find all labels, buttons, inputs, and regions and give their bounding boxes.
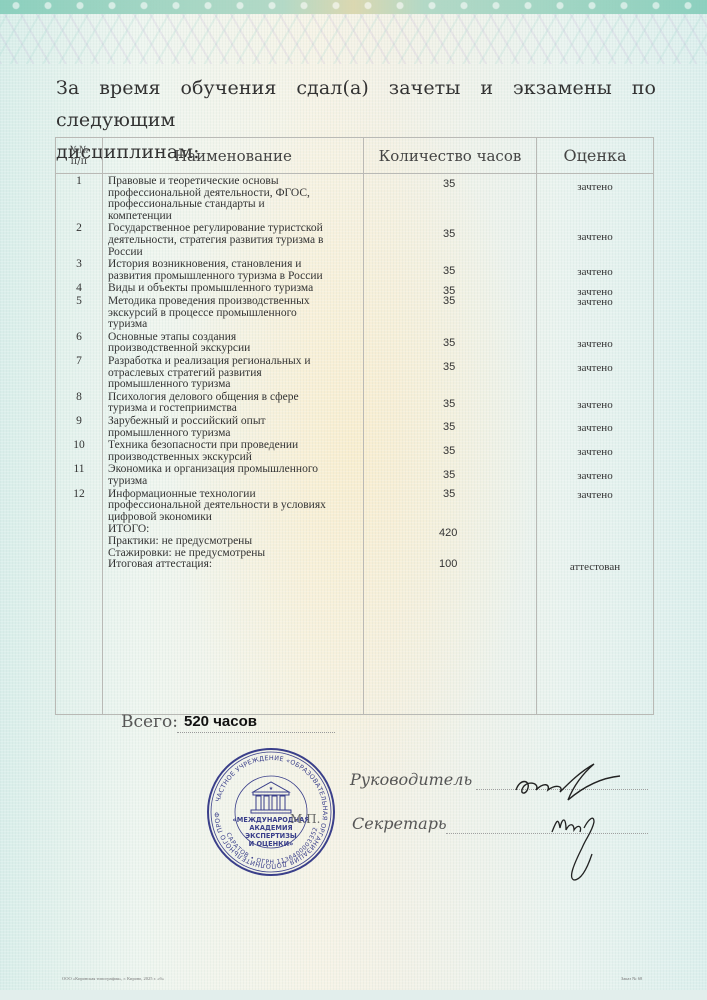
summary-final-attestation-label: Итоговая аттестация:	[103, 559, 363, 571]
row-grade: зачтено	[537, 363, 653, 375]
row-discipline-name: Психология делового общения в сферетуриз…	[103, 392, 363, 415]
row-grade: зачтено	[537, 490, 653, 502]
guilloche-pattern	[0, 14, 707, 64]
row-hours: 35	[364, 229, 536, 241]
row-hours: 35	[364, 470, 536, 482]
summary-final-attestation-hours: 100	[364, 559, 536, 571]
row-number: 8	[56, 392, 102, 404]
discipline-name-line: Правовые и теоретические основы	[108, 176, 361, 188]
row-discipline-name: Методика проведения производственныхэкск…	[103, 296, 363, 331]
column-grade: зачтенозачтенозачтенозачтенозачтенозачте…	[537, 174, 654, 715]
row-hours: 35	[364, 179, 536, 191]
row-discipline-name: История возникновения, становления иразв…	[103, 259, 363, 282]
discipline-name-line: Зарубежный и российский опыт	[108, 416, 361, 428]
bottom-band	[0, 990, 707, 1000]
row-hours: 35	[364, 446, 536, 458]
row-discipline-name: Основные этапы созданияпроизводственной …	[103, 332, 363, 355]
svg-text:АКАДЕМИЯ: АКАДЕМИЯ	[249, 824, 292, 832]
discipline-name-line: России	[108, 247, 361, 259]
row-discipline-name: Информационные технологиипрофессионально…	[103, 489, 363, 524]
row-grade: зачтено	[537, 339, 653, 351]
heading-line-1: За время обучения сдал(а) зачеты и экзам…	[56, 72, 656, 136]
discipline-name-line: туризма и гостеприимства	[108, 403, 361, 415]
decorative-top-border	[0, 0, 707, 14]
order-number: Заказ № 68	[621, 976, 642, 981]
row-number: 10	[56, 440, 102, 452]
header-number: №№ п/п	[56, 138, 103, 174]
row-grade: зачтено	[537, 400, 653, 412]
row-hours: 35	[364, 338, 536, 350]
summary-total-hours: 420	[364, 528, 536, 540]
total-underline	[177, 732, 335, 733]
row-grade: зачтено	[537, 182, 653, 194]
row-hours: 35	[364, 362, 536, 374]
svg-text:ЭКСПЕРТИЗЫ: ЭКСПЕРТИЗЫ	[245, 832, 297, 840]
row-number: 7	[56, 356, 102, 368]
column-number: 123456789101112	[56, 174, 103, 715]
row-grade: зачтено	[537, 447, 653, 459]
mp-label: М.П.	[290, 812, 320, 826]
summary-final-attestation-grade: аттестован	[537, 562, 653, 574]
row-discipline-name: Техника безопасности при проведениипроиз…	[103, 440, 363, 463]
discipline-name-line: промышленного туризма	[108, 428, 361, 440]
row-number: 1	[56, 176, 102, 188]
row-discipline-name: Правовые и теоретические основыпрофессио…	[103, 176, 363, 222]
row-grade: зачтено	[537, 267, 653, 279]
row-hours: 35	[364, 422, 536, 434]
discipline-name-line: Виды и объекты промышленного туризма	[108, 283, 361, 295]
row-discipline-name: Разработка и реализация региональных иот…	[103, 356, 363, 391]
table-header-row: №№ п/п Наименование Количество часов Оце…	[56, 138, 654, 174]
row-grade: зачтено	[537, 297, 653, 309]
discipline-name-line: Методика проведения производственных	[108, 296, 361, 308]
header-grade: Оценка	[537, 138, 654, 174]
row-hours: 35	[364, 489, 536, 501]
header-name: Наименование	[103, 138, 364, 174]
row-hours: 35	[364, 266, 536, 278]
row-number: 4	[56, 283, 102, 295]
director-signature-icon	[510, 758, 630, 808]
discipline-name-line: туризма	[108, 319, 361, 331]
total-value: 520 часов	[184, 713, 257, 730]
discipline-name-line: деятельности, стратегия развития туризма…	[108, 235, 361, 247]
discipline-name-line: цифровой экономики	[108, 512, 361, 524]
header-number-line1: №№	[56, 145, 102, 156]
column-hours: 353535353535353535353535420100	[364, 174, 537, 715]
svg-text:ЧАСТНОЕ УЧРЕЖДЕНИЕ «ОБРАЗОВАТЕ: ЧАСТНОЕ УЧРЕЖДЕНИЕ «ОБРАЗОВАТЕЛЬНАЯ ОРГА…	[205, 746, 329, 870]
row-discipline-name: Виды и объекты промышленного туризма	[103, 283, 363, 295]
header-number-line2: п/п	[56, 156, 102, 167]
disciplines-table: №№ п/п Наименование Количество часов Оце…	[55, 137, 654, 715]
row-number: 5	[56, 296, 102, 308]
row-grade: зачтено	[537, 232, 653, 244]
row-discipline-name: Экономика и организация промышленноготур…	[103, 464, 363, 487]
discipline-name-line: развития промышленного туризма в России	[108, 271, 361, 283]
row-number: 9	[56, 416, 102, 428]
discipline-name-line: компетенции	[108, 211, 361, 223]
secretary-signature-icon	[548, 808, 618, 888]
summary-practice: Практики: не предусмотрены	[103, 536, 363, 548]
discipline-name-line: промышленного туризма	[108, 379, 361, 391]
secretary-label: Секретарь	[352, 814, 447, 833]
director-label: Руководитель	[350, 770, 472, 789]
svg-text:И ОЦЕНКИ»: И ОЦЕНКИ»	[249, 840, 294, 848]
header-hours: Количество часов	[364, 138, 537, 174]
row-hours: 35	[364, 399, 536, 411]
row-number: 3	[56, 259, 102, 271]
row-discipline-name: Государственное регулирование туристской…	[103, 223, 363, 258]
column-name: Правовые и теоретические основыпрофессио…	[103, 174, 364, 715]
discipline-name-line: производственных экскурсий	[108, 452, 361, 464]
row-number: 12	[56, 489, 102, 501]
row-number: 2	[56, 223, 102, 235]
row-grade: зачтено	[537, 471, 653, 483]
printer-info: ООО «Кировская типография», г. Кирово, 2…	[62, 976, 164, 981]
row-hours: 35	[364, 296, 536, 308]
discipline-name-line: туризма	[108, 476, 361, 488]
row-grade: зачтено	[537, 423, 653, 435]
total-label: Всего:	[121, 712, 178, 732]
discipline-name-line: производственной экскурсии	[108, 343, 361, 355]
table-body: 123456789101112 Правовые и теоретические…	[56, 174, 654, 715]
row-number: 6	[56, 332, 102, 344]
discipline-name-line: Разработка и реализация региональных и	[108, 356, 361, 368]
row-number: 11	[56, 464, 102, 476]
total-hours-block: Всего: 520 часов	[121, 712, 301, 740]
svg-text:★: ★	[269, 786, 274, 792]
row-discipline-name: Зарубежный и российский опытпромышленног…	[103, 416, 363, 439]
